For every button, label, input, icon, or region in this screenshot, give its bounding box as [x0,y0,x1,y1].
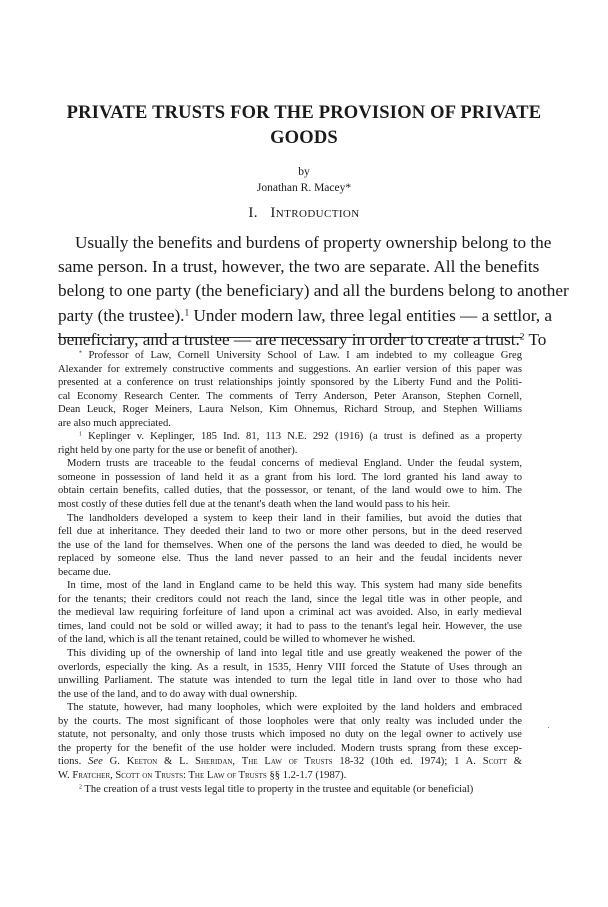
footnote-star-line: cal Economy Research Center. The comment… [58,390,522,404]
footnote-1-line: the use of the land for themselves. When… [58,539,522,553]
body-line: same person. In a trust, however, the tw… [58,255,522,279]
section-title: Introduction [270,205,359,221]
section-heading: I. Introduction [0,205,608,222]
body-paragraph: Usually the benefits and burdens of prop… [58,231,522,352]
footnote-1-line: 1 Keplinger v. Keplinger, 185 Ind. 81, 1… [58,430,522,444]
footnote-1-line: statute, not personalty, and only those … [58,728,522,742]
footnote-marker-star: * [79,351,82,357]
footnote-1-line: The statute, however, had many loopholes… [58,701,522,715]
footnote-1-line: most costly of these duties fell due at … [58,498,522,512]
footnote-star-line: Dean Leuck, Roger Meiners, Laura Nelson,… [58,403,522,417]
article-title-line-2: GOODS [0,128,608,149]
document-page: PRIVATE TRUSTS FOR THE PROVISION OF PRIV… [0,0,608,907]
footnote-1-line: unwilling Parliament. The statute was in… [58,674,522,688]
footnote-1-line: right held by one party for the use or b… [58,444,522,458]
article-title-line-1: PRIVATE TRUSTS FOR THE PROVISION OF PRIV… [0,103,608,124]
footnote-1-line: This dividing up of the ownership of lan… [58,647,522,661]
footnote-1-line: the property for the benefit of the use … [58,742,522,756]
footnote-1-line: the use of the land, and to do away with… [58,688,522,702]
footnote-1-line: someone in possession of land held it as… [58,471,522,485]
footnote-1-line: by the courts. The most significant of t… [58,715,522,729]
footnote-1-line: times, land could not be sold or willed … [58,620,522,634]
footnote-1-line: In time, most of the land in England cam… [58,579,522,593]
footnote-1-line: overlords, especially the king. As a res… [58,661,522,675]
footnote-star-line: presented at a conference on trust relat… [58,376,522,390]
footnote-1-line: fell due at inheritance. They deeded the… [58,525,522,539]
section-number: I. [248,205,258,221]
footnotes: * Professor of Law, Cornell University S… [58,349,522,796]
footnote-1-citation-line: tions. See G. Keeton & L. Sheridan, The … [58,755,522,769]
footnote-star-line: Alexander for extremely constructive com… [58,363,522,377]
footnote-1-line: Modern trusts are traceable to the feuda… [58,457,522,471]
footnote-1-line: for the tenants; their creditors could n… [58,593,522,607]
footnote-1-line: The landholders developed a system to ke… [58,512,522,526]
footnote-star-line: * Professor of Law, Cornell University S… [58,349,522,363]
footnote-1-line: the medieval law requiring forfeiture of… [58,606,522,620]
footnote-1-line: replaced by someone else. Thus the land … [58,552,522,566]
body-line: belong to one party (the beneficiary) an… [58,279,522,303]
signal-see: See [88,756,103,767]
footnote-1-line: obtain certain benefits, called duties, … [58,484,522,498]
footnote-divider [58,337,522,338]
footnote-marker-2: 2 [79,784,82,790]
footnote-1-line: of the land, which is all the tenant ret… [58,633,522,647]
body-line: party (the trustee).1 Under modern law, … [58,304,522,328]
footnote-marker-1: 1 [79,432,82,438]
byline: by [0,166,608,178]
footnote-1-citation-line: W. Fratcher, Scott on Trusts: The Law of… [58,769,522,783]
scan-speck [548,727,549,728]
body-line: Usually the benefits and burdens of prop… [58,231,522,255]
footnote-1-line: became due. [58,566,522,580]
footnote-star-line: are also much appreciated. [58,417,522,431]
author-name: Jonathan R. Macey* [0,182,608,194]
footnote-2-line: 2 The creation of a trust vests legal ti… [58,783,522,797]
